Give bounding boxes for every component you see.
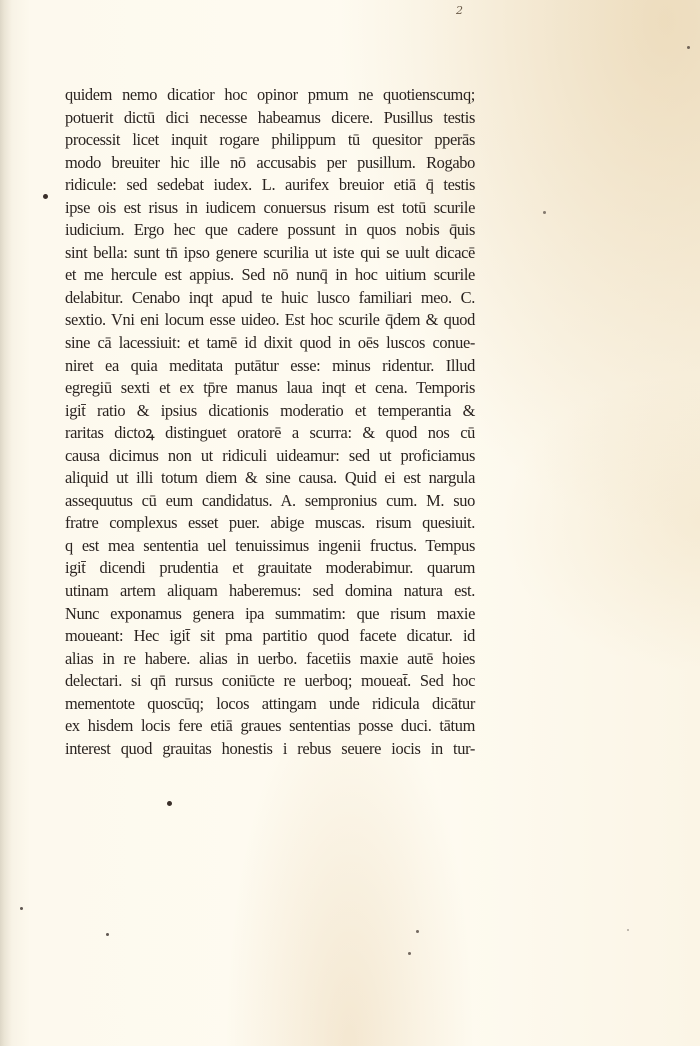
text-line: et me hercule est appius. Sed nō nunq̄ i… (65, 264, 475, 287)
text-line: processit licet inquit rogare philippum … (65, 129, 475, 152)
text-line: sint bella: sunt tn̄ ipso genere scurili… (65, 242, 475, 265)
text-line: q est mea sententia uel tenuissimus inge… (65, 535, 475, 558)
ink-speck (106, 933, 109, 936)
text-line: delectari. si qn̄ rursus coniūcte re uer… (65, 670, 475, 693)
text-line: ex hisdem locis fere etiā graues sentent… (65, 715, 475, 738)
text-line: ridicule: sed sedebat iudex. L. aurifex … (65, 174, 475, 197)
text-line: niret ea quia meditata putātur esse: min… (65, 355, 475, 378)
text-line: sextio. Vni eni locum esse uideo. Est ho… (65, 309, 475, 332)
text-line: egregiū sexti et ex tp̄re manus laua inq… (65, 377, 475, 400)
ink-speck (416, 930, 419, 933)
text-line: modo breuiter hic ille nō accusabis per … (65, 152, 475, 175)
ink-speck (687, 46, 690, 49)
text-line: assequutus cū eum candidatus. A. sempron… (65, 490, 475, 513)
text-line: interest quod grauitas honestis i rebus … (65, 738, 475, 761)
text-line: aliquid ut illi totum diem & sine causa.… (65, 467, 475, 490)
page-number: 2 (456, 4, 463, 17)
ink-speck (167, 801, 172, 806)
text-line: iudicium. Ergo hec que cadere possunt in… (65, 219, 475, 242)
text-line: delabitur. Cenabo inqt apud te huic lusc… (65, 287, 475, 310)
ink-speck (543, 211, 546, 214)
ink-speck (20, 907, 23, 910)
text-line: sine cā lacessiuit: et tamē id dixit quo… (65, 332, 475, 355)
text-line: moueant: Hec igit̄ sit pma partitio quod… (65, 625, 475, 648)
text-line: ipse ois est risus in iudicem conuersus … (65, 197, 475, 220)
text-line: quidem nemo dicatior hoc opinor pmum ne … (65, 84, 475, 107)
ink-speck (408, 952, 411, 955)
manuscript-page: 2 quidem nemo dicatior hoc opinor pmum n… (0, 0, 700, 1046)
ink-speck (43, 194, 48, 199)
text-line: utinam artem aliquam haberemus: sed domi… (65, 580, 475, 603)
text-line: potuerit dictū dici necesse habeamus dic… (65, 107, 475, 130)
ink-speck (627, 929, 629, 931)
text-line: igit̄ dicendi prudentia et grauitate mod… (65, 557, 475, 580)
text-line: Nunc exponamus genera ipa summatim: que … (65, 603, 475, 626)
text-line: igit̄ ratio & ipsius dicationis moderati… (65, 400, 475, 423)
text-line: mementote quoscūq; locos attingam unde r… (65, 693, 475, 716)
text-line: alias in re habere. alias in uerbo. face… (65, 648, 475, 671)
text-line: raritas dictoꝝ distinguet oratorē a scur… (65, 422, 475, 445)
text-line: causa dicimus non ut ridiculi uideamur: … (65, 445, 475, 468)
text-block: quidem nemo dicatior hoc opinor pmum ne … (65, 84, 475, 760)
text-line: fratre complexus esset puer. abige musca… (65, 512, 475, 535)
